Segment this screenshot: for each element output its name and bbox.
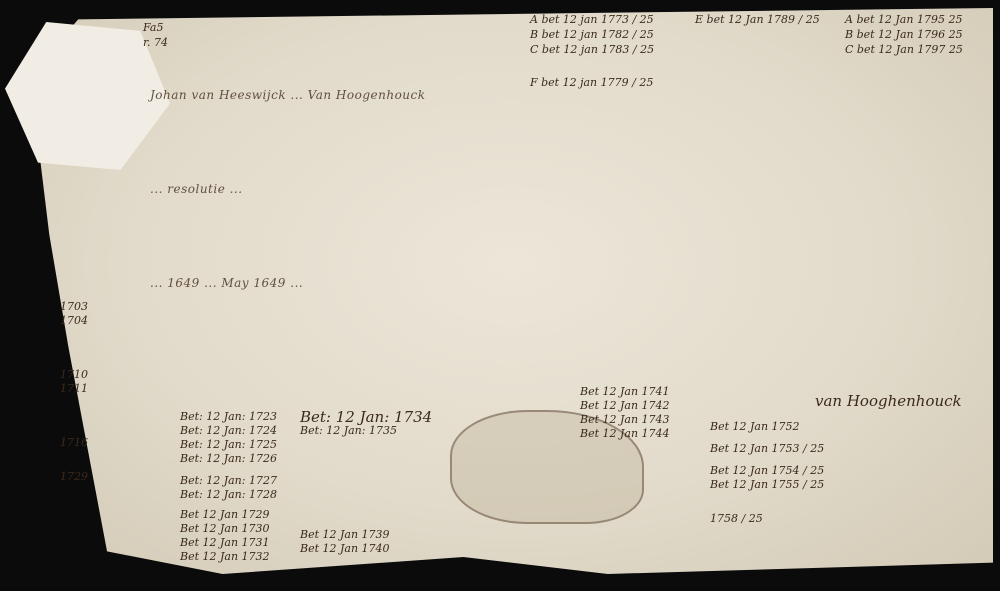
signature: van Hooghenhouck [815,392,962,410]
lower-center-entries: Bet 12 Jan 1741 Bet 12 Jan 1742 Bet 12 J… [580,385,670,441]
lower-left-entries: Bet: 12 Jan: 1723 Bet: 12 Jan: 1724 Bet:… [180,410,277,564]
top-payment-entries-2: E bet 12 Jan 1789 / 25 [695,12,820,27]
top-payment-entries-3: A bet 12 Jan 1795 25 B bet 12 Jan 1796 2… [845,12,963,57]
lower-middle-entries: Bet: 12 Jan: 1734 Bet: 12 Jan: 1735 Bet … [300,410,432,556]
main-text: Johan van Heeswijck ... Van Hoogenhouck … [150,88,426,290]
left-margin-entries: 1703 1704 1710 1711 1716 1729 [60,300,88,484]
lower-right-entries: Bet 12 Jan 1752 Bet 12 Jan 1753 / 25 Bet… [710,420,824,526]
folio-note: Fa5r. 74 [143,20,168,50]
top-payment-entries: A bet 12 jan 1773 / 25 B bet 12 jan 1782… [530,12,654,90]
